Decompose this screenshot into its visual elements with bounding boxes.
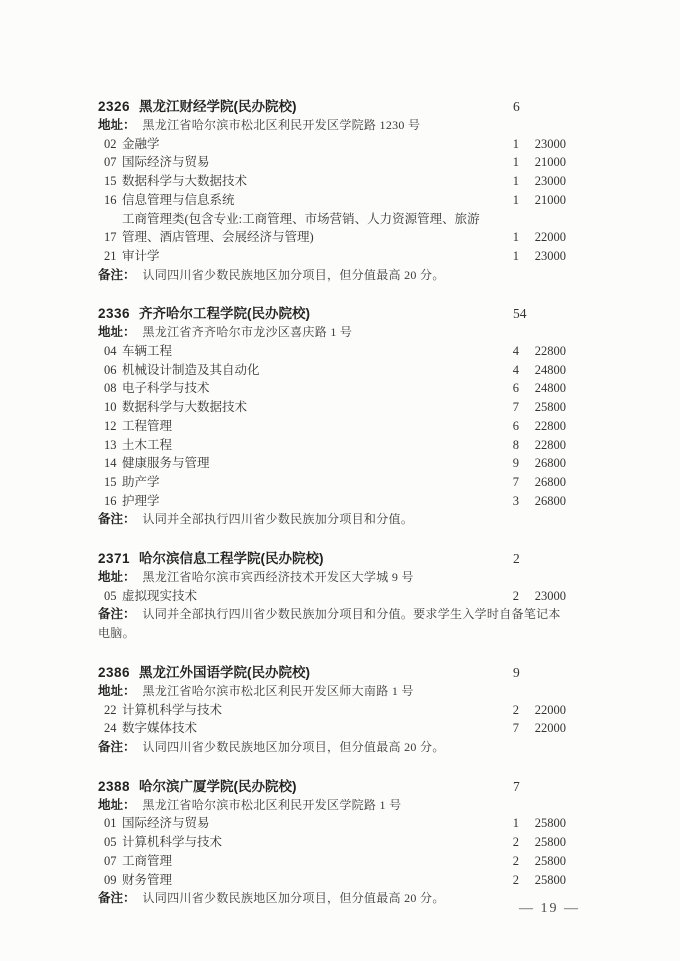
- major-name: 数据科学与大数据技术: [122, 172, 499, 191]
- address-line: 地址： 黑龙江省哈尔滨市松北区利民开发区学院路 1230 号: [98, 116, 566, 135]
- remark-label: 备注：: [98, 512, 136, 526]
- major-count: 8: [499, 436, 519, 455]
- school-header: 2326 黑龙江财经学院(民办院校) 6: [98, 97, 566, 116]
- school-address: 黑龙江省哈尔滨市松北区利民开发区学院路 1230 号: [143, 118, 421, 132]
- major-fee: 26800: [519, 473, 566, 492]
- school-section: 2371 哈尔滨信息工程学院(民办院校) 2 地址： 黑龙江省哈尔滨市宾西经济技…: [98, 549, 566, 643]
- school-code: 2336: [98, 304, 130, 323]
- major-code: 07: [104, 153, 122, 172]
- school-address: 黑龙江省齐齐哈尔市龙沙区喜庆路 1 号: [143, 325, 353, 339]
- school-title: 2371 哈尔滨信息工程学院(民办院校): [98, 549, 513, 568]
- major-code: 14: [104, 454, 122, 473]
- school-code: 2326: [98, 97, 130, 116]
- major-row: 13 土木工程 8 22800: [98, 436, 566, 455]
- major-count: 1: [499, 191, 519, 210]
- major-name: 国际经济与贸易: [122, 153, 499, 172]
- major-count: 2: [499, 852, 519, 871]
- remark-label: 备注：: [98, 740, 136, 754]
- major-count: 6: [499, 417, 519, 436]
- major-row: 24 数字媒体技术 7 22000: [98, 719, 566, 738]
- major-fee: 25800: [519, 871, 566, 890]
- school-section: 2388 哈尔滨广厦学院(民办院校) 7 地址： 黑龙江省哈尔滨市松北区利民开发…: [98, 777, 566, 908]
- major-fee: 26800: [519, 492, 566, 511]
- major-code: 16: [104, 492, 122, 511]
- major-code: 13: [104, 436, 122, 455]
- majors-list: 22 计算机科学与技术 2 22000 24 数字媒体技术 7 22000: [98, 701, 566, 738]
- address-label: 地址：: [98, 118, 136, 132]
- school-total-count: 9: [513, 663, 566, 682]
- major-count: 7: [499, 398, 519, 417]
- major-code: 02: [104, 135, 122, 154]
- major-name: 工程管理: [122, 417, 499, 436]
- school-title: 2386 黑龙江外国语学院(民办院校): [98, 663, 513, 682]
- major-name: 机械设计制造及其自动化: [122, 361, 499, 380]
- major-fee: 21000: [519, 153, 566, 172]
- major-count: 4: [499, 361, 519, 380]
- address-line: 地址： 黑龙江省哈尔滨市宾西经济技术开发区大学城 9 号: [98, 568, 566, 587]
- major-row: 09 财务管理 2 25800: [98, 871, 566, 890]
- address-label: 地址：: [98, 798, 136, 812]
- major-row: 04 车辆工程 4 22800: [98, 342, 566, 361]
- major-count: 9: [499, 454, 519, 473]
- page-number: — 19 —: [519, 901, 580, 916]
- school-address: 黑龙江省哈尔滨市松北区利民开发区学院路 1 号: [143, 798, 402, 812]
- major-name: 财务管理: [122, 871, 499, 890]
- major-code: 15: [104, 172, 122, 191]
- major-fee: 22800: [519, 417, 566, 436]
- remark-line: 备注： 认同四川省少数民族地区加分项目，但分值最高 20 分。: [98, 266, 566, 285]
- major-name: 电子科学与技术: [122, 379, 499, 398]
- major-count: 7: [499, 719, 519, 738]
- major-count: 6: [499, 379, 519, 398]
- major-code: 07: [104, 852, 122, 871]
- address-line: 地址： 黑龙江省哈尔滨市松北区利民开发区师大南路 1 号: [98, 682, 566, 701]
- remark-text: 认同并全部执行四川省少数民族加分项目和分值。: [143, 512, 414, 526]
- major-name: 助产学: [122, 473, 499, 492]
- major-row: 16 护理学 3 26800: [98, 492, 566, 511]
- school-total-count: 6: [513, 97, 566, 116]
- school-code: 2386: [98, 663, 130, 682]
- school-name: 哈尔滨信息工程学院(民办院校): [139, 549, 324, 568]
- major-row: 07 国际经济与贸易 1 21000: [98, 153, 566, 172]
- school-total-count: 7: [513, 777, 566, 796]
- school-header: 2388 哈尔滨广厦学院(民办院校) 7: [98, 777, 566, 796]
- major-count: 1: [499, 153, 519, 172]
- school-total-count: 54: [513, 304, 566, 323]
- major-count: 2: [499, 701, 519, 720]
- school-name: 齐齐哈尔工程学院(民办院校): [139, 304, 310, 323]
- major-code: 12: [104, 417, 122, 436]
- remark-text: 认同四川省少数民族地区加分项目，但分值最高 20 分。: [143, 740, 445, 754]
- major-count: 1: [499, 135, 519, 154]
- address-line: 地址： 黑龙江省哈尔滨市松北区利民开发区学院路 1 号: [98, 796, 566, 815]
- major-row: 05 计算机科学与技术 2 25800: [98, 833, 566, 852]
- major-fee: 25800: [519, 833, 566, 852]
- major-count: 4: [499, 342, 519, 361]
- school-name: 哈尔滨广厦学院(民办院校): [139, 777, 297, 796]
- major-row: 05 虚拟现实技术 2 23000: [98, 587, 566, 606]
- major-code: 04: [104, 342, 122, 361]
- major-name: 护理学: [122, 492, 499, 511]
- remark-line: 备注： 认同并全部执行四川省少数民族加分项目和分值。: [98, 510, 566, 529]
- majors-list: 04 车辆工程 4 22800 06 机械设计制造及其自动化 4 24800 0…: [98, 342, 566, 510]
- school-name: 黑龙江外国语学院(民办院校): [139, 663, 310, 682]
- remark-label: 备注：: [98, 268, 136, 282]
- major-fee: 22000: [519, 719, 566, 738]
- school-code: 2388: [98, 777, 130, 796]
- major-row: 12 工程管理 6 22800: [98, 417, 566, 436]
- address-label: 地址：: [98, 325, 136, 339]
- major-fee: 22800: [519, 436, 566, 455]
- major-count: 2: [499, 587, 519, 606]
- school-header: 2371 哈尔滨信息工程学院(民办院校) 2: [98, 549, 566, 568]
- major-fee: 22000: [519, 228, 566, 247]
- major-row: 22 计算机科学与技术 2 22000: [98, 701, 566, 720]
- major-count: 1: [499, 172, 519, 191]
- major-count: 1: [499, 228, 519, 247]
- major-name: 虚拟现实技术: [122, 587, 499, 606]
- major-row: 17 工商管理类(包含专业:工商管理、市场营销、人力资源管理、旅游管理、酒店管理…: [98, 210, 566, 247]
- major-count: 3: [499, 492, 519, 511]
- major-name: 数字媒体技术: [122, 719, 499, 738]
- major-fee: 22000: [519, 701, 566, 720]
- school-address: 黑龙江省哈尔滨市宾西经济技术开发区大学城 9 号: [143, 570, 414, 584]
- major-row: 01 国际经济与贸易 1 25800: [98, 814, 566, 833]
- school-title: 2388 哈尔滨广厦学院(民办院校): [98, 777, 513, 796]
- address-label: 地址：: [98, 570, 136, 584]
- major-name: 土木工程: [122, 436, 499, 455]
- major-name: 审计学: [122, 247, 499, 266]
- major-row: 15 数据科学与大数据技术 1 23000: [98, 172, 566, 191]
- major-code: 01: [104, 814, 122, 833]
- major-row: 15 助产学 7 26800: [98, 473, 566, 492]
- major-fee: 23000: [519, 247, 566, 266]
- remark-label: 备注：: [98, 891, 136, 905]
- major-name: 工商管理: [122, 852, 499, 871]
- major-code: 17: [104, 228, 122, 247]
- major-code: 08: [104, 379, 122, 398]
- major-fee: 23000: [519, 587, 566, 606]
- major-row: 14 健康服务与管理 9 26800: [98, 454, 566, 473]
- major-code: 22: [104, 701, 122, 720]
- major-code: 09: [104, 871, 122, 890]
- major-count: 1: [499, 814, 519, 833]
- school-section: 2326 黑龙江财经学院(民办院校) 6 地址： 黑龙江省哈尔滨市松北区利民开发…: [98, 97, 566, 284]
- major-fee: 23000: [519, 172, 566, 191]
- major-name: 金融学: [122, 135, 499, 154]
- major-name: 信息管理与信息系统: [122, 191, 499, 210]
- school-address: 黑龙江省哈尔滨市松北区利民开发区师大南路 1 号: [143, 684, 414, 698]
- page-footer: — 19 —: [519, 901, 580, 917]
- school-title: 2326 黑龙江财经学院(民办院校): [98, 97, 513, 116]
- major-count: 7: [499, 473, 519, 492]
- major-row: 21 审计学 1 23000: [98, 247, 566, 266]
- remark-line: 备注： 认同四川省少数民族地区加分项目，但分值最高 20 分。: [98, 889, 566, 908]
- school-total-count: 2: [513, 549, 566, 568]
- major-name: 计算机科学与技术: [122, 701, 499, 720]
- remark-text: 认同并全部执行四川省少数民族加分项目和分值。要求学生入学时自备笔记本电脑。: [98, 607, 561, 640]
- address-label: 地址：: [98, 684, 136, 698]
- major-fee: 26800: [519, 454, 566, 473]
- school-code: 2371: [98, 549, 130, 568]
- major-name: 车辆工程: [122, 342, 499, 361]
- remark-line: 备注： 认同四川省少数民族地区加分项目，但分值最高 20 分。: [98, 738, 566, 757]
- major-count: 1: [499, 247, 519, 266]
- school-header: 2336 齐齐哈尔工程学院(民办院校) 54: [98, 304, 566, 323]
- school-section: 2386 黑龙江外国语学院(民办院校) 9 地址： 黑龙江省哈尔滨市松北区利民开…: [98, 663, 566, 757]
- address-line: 地址： 黑龙江省齐齐哈尔市龙沙区喜庆路 1 号: [98, 323, 566, 342]
- major-code: 06: [104, 361, 122, 380]
- major-name: 计算机科学与技术: [122, 833, 499, 852]
- major-name: 工商管理类(包含专业:工商管理、市场营销、人力资源管理、旅游管理、酒店管理、会展…: [122, 210, 499, 247]
- major-count: 2: [499, 871, 519, 890]
- majors-list: 05 虚拟现实技术 2 23000: [98, 587, 566, 606]
- major-name: 健康服务与管理: [122, 454, 499, 473]
- major-code: 05: [104, 587, 122, 606]
- document-page: 2326 黑龙江财经学院(民办院校) 6 地址： 黑龙江省哈尔滨市松北区利民开发…: [0, 0, 680, 961]
- school-name: 黑龙江财经学院(民办院校): [139, 97, 297, 116]
- major-name: 数据科学与大数据技术: [122, 398, 499, 417]
- sections-container: 2326 黑龙江财经学院(民办院校) 6 地址： 黑龙江省哈尔滨市松北区利民开发…: [98, 97, 566, 908]
- school-header: 2386 黑龙江外国语学院(民办院校) 9: [98, 663, 566, 682]
- major-fee: 25800: [519, 852, 566, 871]
- major-row: 06 机械设计制造及其自动化 4 24800: [98, 361, 566, 380]
- majors-list: 02 金融学 1 23000 07 国际经济与贸易 1 21000 15 数据科…: [98, 135, 566, 266]
- major-row: 16 信息管理与信息系统 1 21000: [98, 191, 566, 210]
- major-code: 15: [104, 473, 122, 492]
- major-name: 国际经济与贸易: [122, 814, 499, 833]
- majors-list: 01 国际经济与贸易 1 25800 05 计算机科学与技术 2 25800 0…: [98, 814, 566, 889]
- major-code: 16: [104, 191, 122, 210]
- major-fee: 21000: [519, 191, 566, 210]
- major-code: 21: [104, 247, 122, 266]
- major-fee: 23000: [519, 135, 566, 154]
- remark-label: 备注：: [98, 607, 136, 621]
- major-fee: 22800: [519, 342, 566, 361]
- major-row: 10 数据科学与大数据技术 7 25800: [98, 398, 566, 417]
- remark-text: 认同四川省少数民族地区加分项目，但分值最高 20 分。: [143, 268, 445, 282]
- major-row: 02 金融学 1 23000: [98, 135, 566, 154]
- remark-line: 备注： 认同并全部执行四川省少数民族加分项目和分值。要求学生入学时自备笔记本电脑…: [98, 605, 566, 642]
- school-title: 2336 齐齐哈尔工程学院(民办院校): [98, 304, 513, 323]
- remark-text: 认同四川省少数民族地区加分项目，但分值最高 20 分。: [143, 891, 445, 905]
- major-code: 24: [104, 719, 122, 738]
- major-code: 05: [104, 833, 122, 852]
- major-fee: 24800: [519, 361, 566, 380]
- major-count: 2: [499, 833, 519, 852]
- major-row: 07 工商管理 2 25800: [98, 852, 566, 871]
- major-fee: 25800: [519, 814, 566, 833]
- major-fee: 25800: [519, 398, 566, 417]
- major-row: 08 电子科学与技术 6 24800: [98, 379, 566, 398]
- school-section: 2336 齐齐哈尔工程学院(民办院校) 54 地址： 黑龙江省齐齐哈尔市龙沙区喜…: [98, 304, 566, 529]
- major-fee: 24800: [519, 379, 566, 398]
- major-code: 10: [104, 398, 122, 417]
